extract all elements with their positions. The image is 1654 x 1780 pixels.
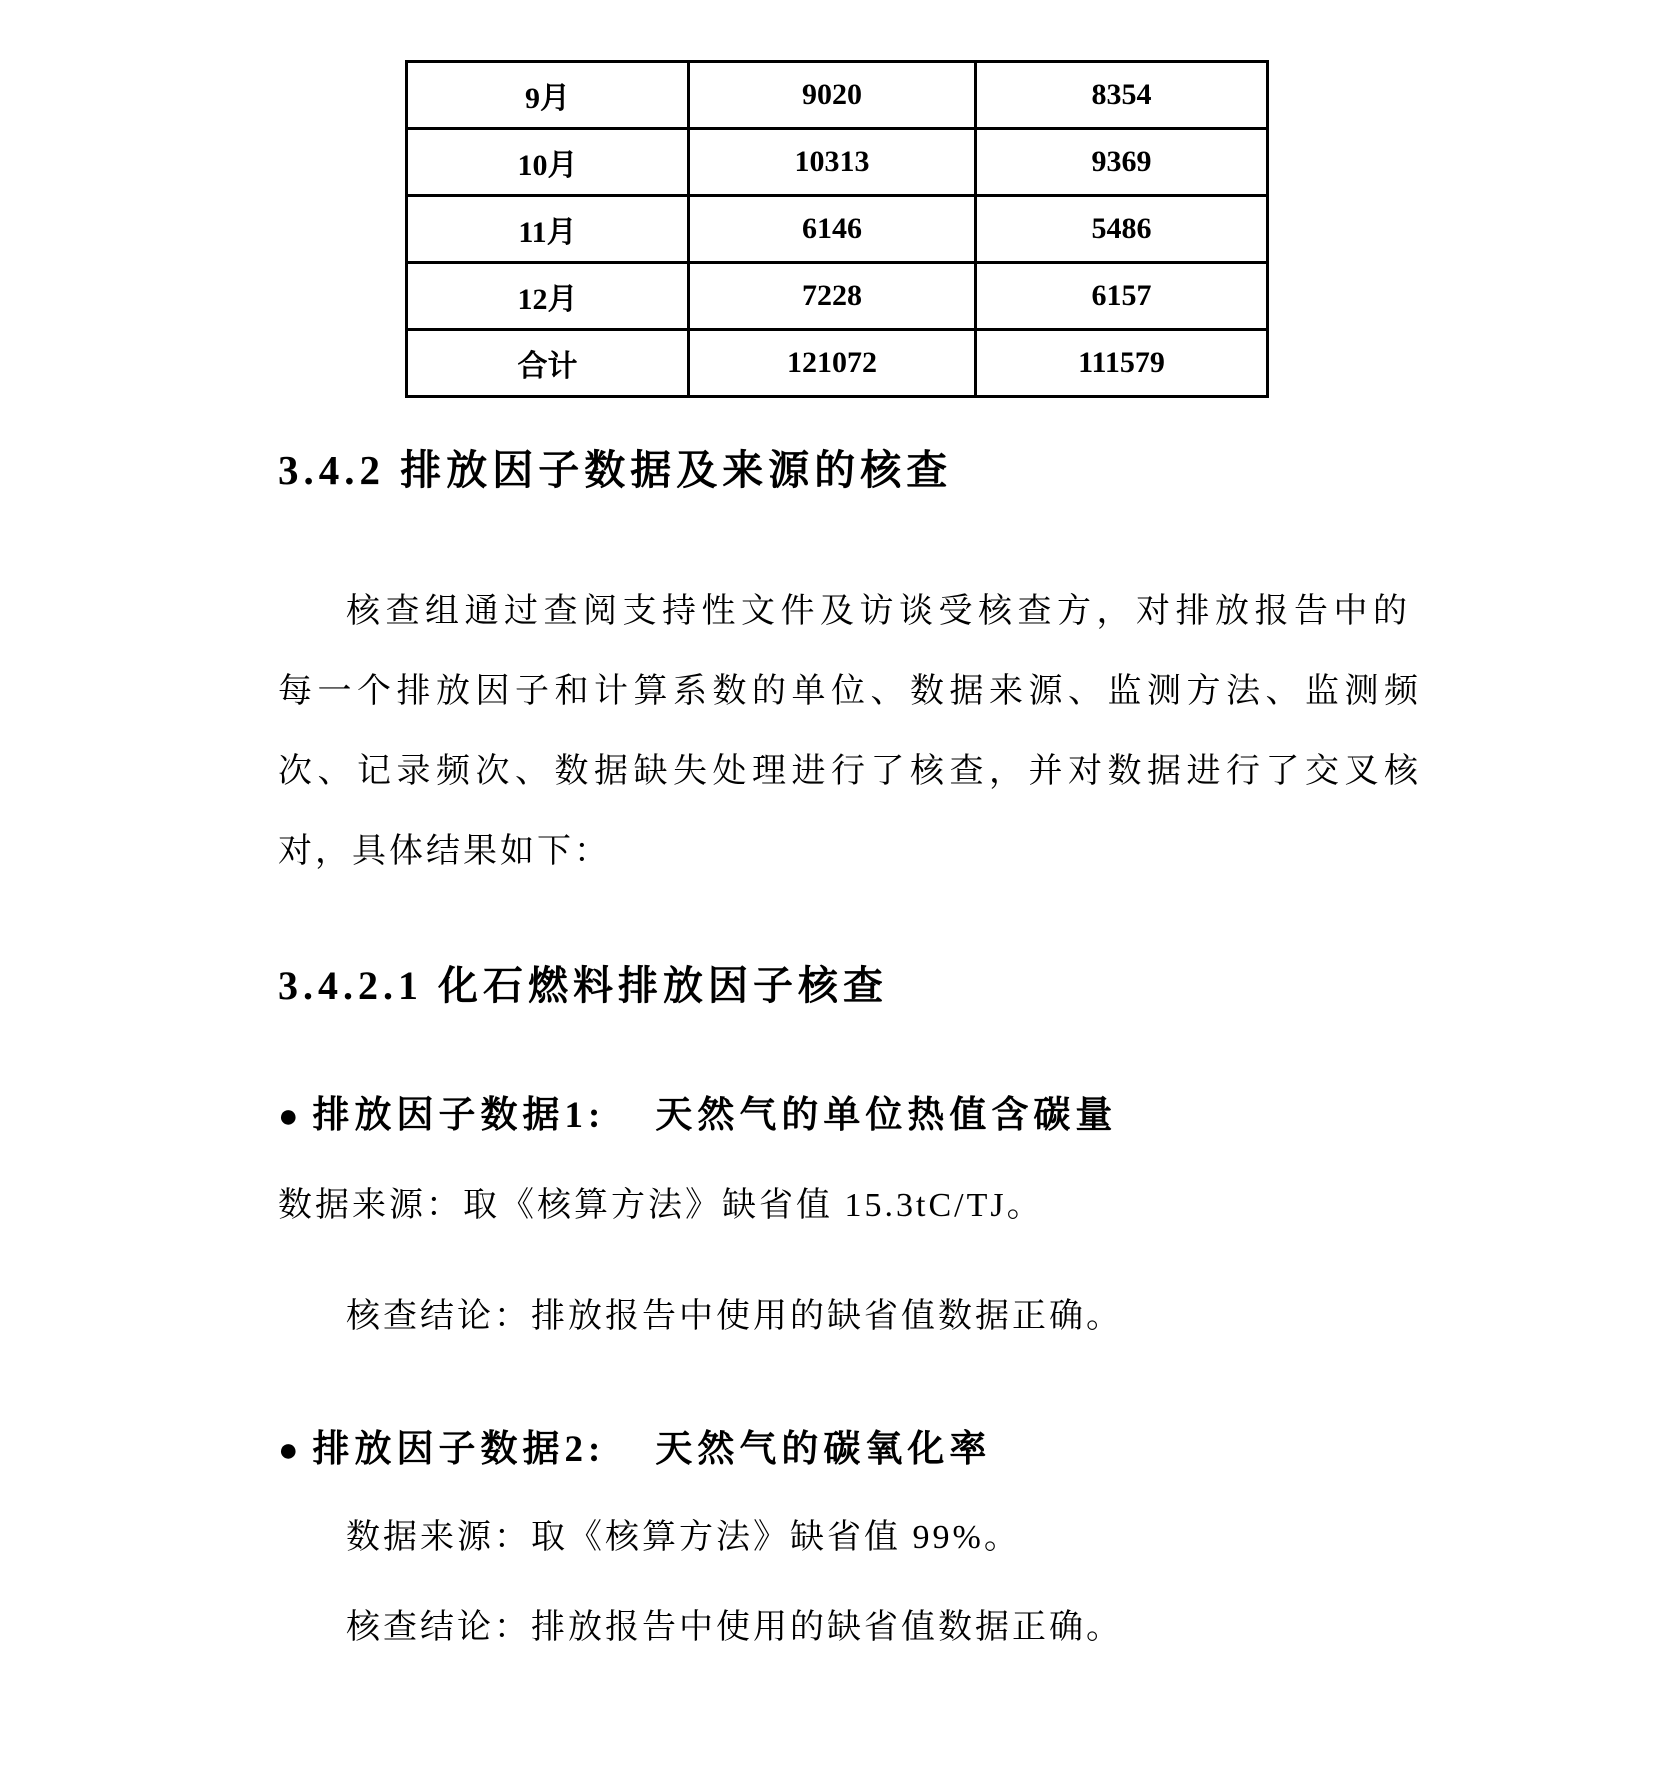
emission-factor-2-title: 天然气的碳氧化率 xyxy=(655,1429,991,1470)
section-heading-3-4-2-1: 3.4.2.1 化石燃料排放因子核查 xyxy=(278,964,888,1008)
table-cell: 5486 xyxy=(976,196,1268,263)
document-page: 9月9020835410月10313936911月6146548612月7228… xyxy=(0,0,1654,1780)
table-cell: 9020 xyxy=(689,62,976,129)
emission-factor-1-label: 排放因子数据1: xyxy=(313,1095,606,1136)
table-cell: 121072 xyxy=(689,330,976,397)
monthly-data-table-body: 9月9020835410月10313936911月6146548612月7228… xyxy=(407,62,1268,397)
table-cell: 12月 xyxy=(407,263,689,330)
table-cell: 6146 xyxy=(689,196,976,263)
table-cell: 11月 xyxy=(407,196,689,263)
table-cell: 9369 xyxy=(976,129,1268,196)
table-cell: 合计 xyxy=(407,330,689,397)
paragraph-line: 每一个排放因子和计算系数的单位、数据来源、监测方法、监测频 xyxy=(278,652,1428,732)
paragraph-line: 对，具体结果如下： xyxy=(278,812,1428,892)
table-cell: 7228 xyxy=(689,263,976,330)
section-heading-3-4-2: 3.4.2 排放因子数据及来源的核查 xyxy=(278,448,952,493)
emission-factor-2-label: 排放因子数据2: xyxy=(313,1429,606,1470)
table-row: 12月72286157 xyxy=(407,263,1268,330)
table-cell: 8354 xyxy=(976,62,1268,129)
paragraph-line: 次、记录频次、数据缺失处理进行了核查，并对数据进行了交叉核 xyxy=(278,732,1428,812)
table-row: 10月103139369 xyxy=(407,129,1268,196)
emission-factor-1-conclusion: 核查结论：排放报告中使用的缺省值数据正确。 xyxy=(278,1295,1123,1339)
table-row: 合计121072111579 xyxy=(407,330,1268,397)
verification-paragraph: 核查组通过查阅支持性文件及访谈受核查方，对排放报告中的 每一个排放因子和计算系数… xyxy=(278,572,1428,892)
monthly-data-table: 9月9020835410月10313936911月6146548612月7228… xyxy=(405,60,1269,398)
table-cell: 111579 xyxy=(976,330,1268,397)
table-cell: 10月 xyxy=(407,129,689,196)
emission-factor-1-heading: ●排放因子数据1:天然气的单位热值含碳量 xyxy=(278,1094,1117,1138)
emission-factor-2-heading: ●排放因子数据2:天然气的碳氧化率 xyxy=(278,1428,991,1472)
table-cell: 6157 xyxy=(976,263,1268,330)
bullet-icon: ● xyxy=(278,1432,299,1469)
table-row: 11月61465486 xyxy=(407,196,1268,263)
paragraph-line: 核查组通过查阅支持性文件及访谈受核查方，对排放报告中的 xyxy=(278,572,1428,652)
table-cell: 10313 xyxy=(689,129,976,196)
table-row: 9月90208354 xyxy=(407,62,1268,129)
emission-factor-2-source: 数据来源：取《核算方法》缺省值 99%。 xyxy=(278,1516,1021,1560)
emission-factor-1-title: 天然气的单位热值含碳量 xyxy=(655,1095,1117,1136)
table-cell: 9月 xyxy=(407,62,689,129)
emission-factor-1-source: 数据来源：取《核算方法》缺省值 15.3tC/TJ。 xyxy=(278,1184,1044,1228)
emission-factor-2-conclusion: 核查结论：排放报告中使用的缺省值数据正确。 xyxy=(278,1606,1123,1650)
bullet-icon: ● xyxy=(278,1098,299,1135)
